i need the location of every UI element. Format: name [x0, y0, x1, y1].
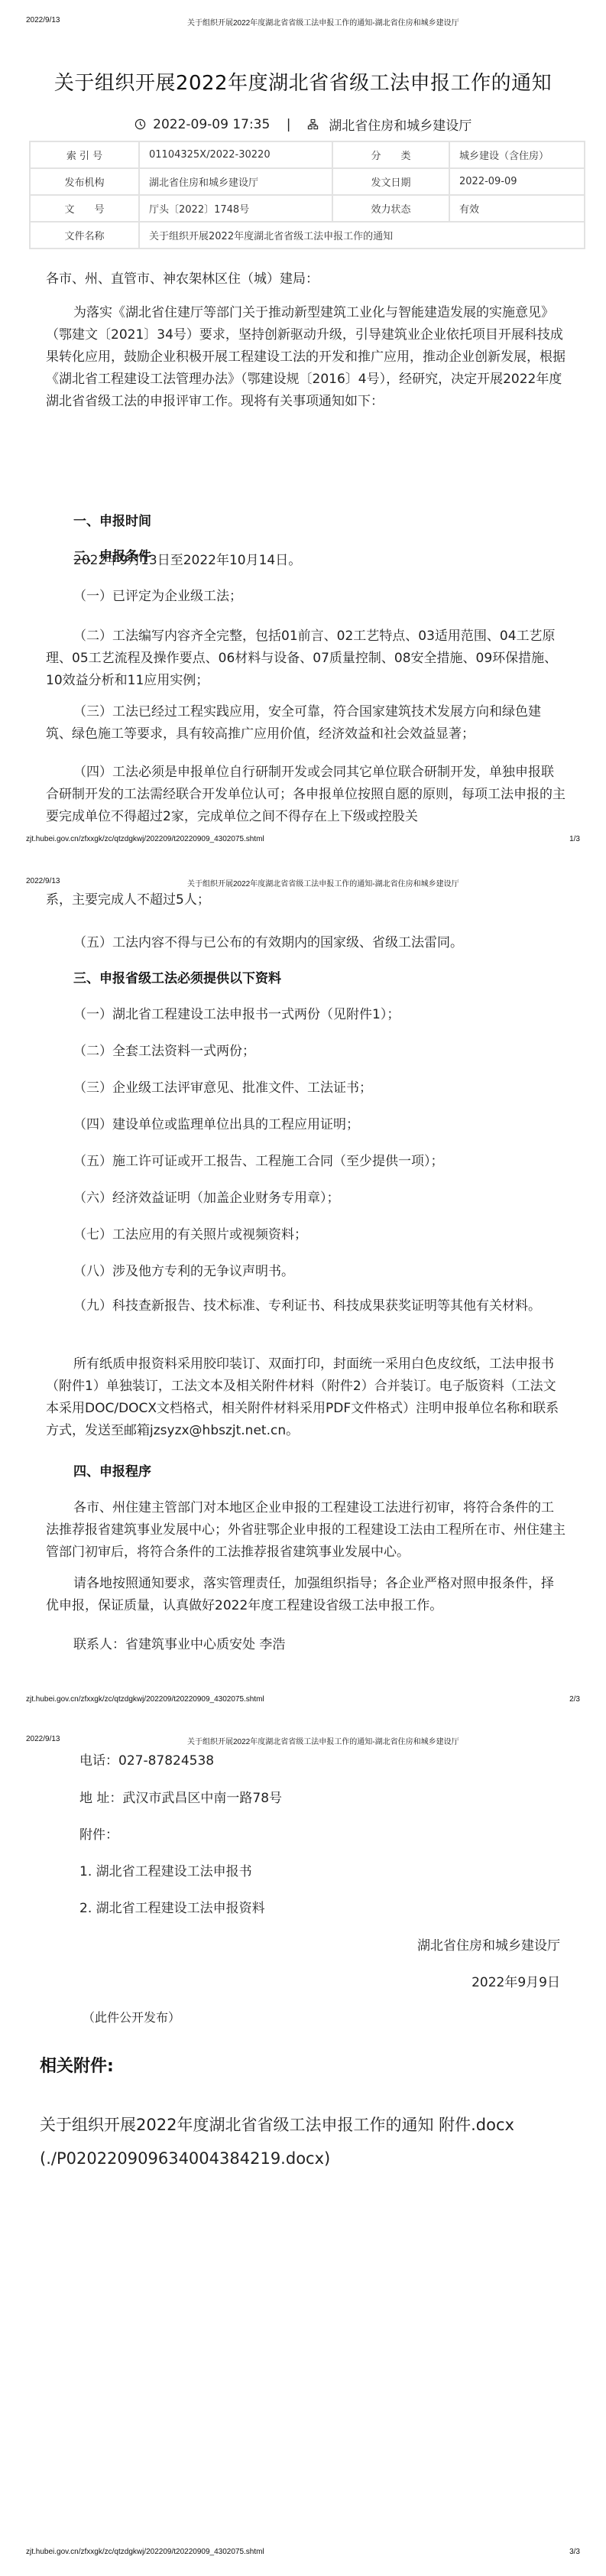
section-heading-conditions: 二、申报条件 [73, 545, 151, 564]
table-row: 索 引 号 01104325X/2022-30220 分 类 城乡建设（含住房） [30, 141, 585, 168]
publish-datetime: 2022-09-09 17:35 [153, 117, 270, 132]
print-header-date: 2022/9/13 [26, 877, 60, 885]
related-attachments-heading: 相关附件: [40, 2053, 114, 2077]
section-heading-materials: 三、申报省级工法必须提供以下资料 [73, 967, 281, 986]
material-item: （四）建设单位或监理单位出具的工程应用证明； [73, 1113, 359, 1132]
contact-person: 联系人：省建筑事业中心质安处 李浩 [73, 1633, 285, 1652]
material-item: （六）经济效益证明（加盖企业财务专用章）； [73, 1187, 340, 1206]
print-footer-url: zjt.hubei.gov.cn/zfxxgk/zc/qtzdgkwj/2022… [26, 2548, 264, 2556]
public-note: （此件公开发布） [83, 2008, 180, 2025]
signature-org: 湖北省住房和城乡建设厅 [417, 1934, 560, 1954]
condition-item-continued: 系，主要完成人不超过5人； [46, 889, 210, 911]
condition-item: （五）工法内容不得与已公布的有效期内的国家级、省级工法雷同。 [73, 931, 463, 950]
print-footer-page: 2/3 [569, 1695, 580, 1704]
doc-number-value: 厅头〔2022〕1748号 [139, 195, 332, 222]
contact-phone: 电话：027-87824538 [79, 1749, 214, 1769]
issuer-value: 湖北省住房和城乡建设厅 [139, 168, 332, 195]
attachments-label: 附件： [79, 1824, 118, 1843]
issue-date-label: 发文日期 [332, 168, 449, 195]
contact-address: 地 址：武汉市武昌区中南一路78号 [79, 1787, 282, 1806]
status-value: 有效 [449, 195, 585, 222]
attachment-item: 2. 湖北省工程建设工法申报资料 [79, 1897, 265, 1916]
issuer-label: 发布机构 [30, 168, 139, 195]
info-table: 索 引 号 01104325X/2022-30220 分 类 城乡建设（含住房）… [29, 141, 585, 249]
table-row: 发布机构 湖北省住房和城乡建设厅 发文日期 2022-09-09 [30, 168, 585, 195]
print-header-title: 关于组织开展2022年度湖北省省级工法申报工作的通知-湖北省住房和城乡建设厅 [187, 877, 459, 888]
section-heading-time: 一、申报时间 [73, 510, 151, 529]
material-item: （一）湖北省工程建设工法申报书一式两份（见附件1）； [73, 1003, 400, 1022]
doc-number-label: 文 号 [30, 195, 139, 222]
index-value: 01104325X/2022-30220 [139, 141, 332, 168]
print-header-title: 关于组织开展2022年度湖北省省级工法申报工作的通知-湖北省住房和城乡建设厅 [187, 16, 459, 28]
attachment-download-link[interactable]: 关于组织开展2022年度湖北省省级工法申报工作的通知 附件.docx (./P0… [40, 2108, 575, 2175]
print-footer-url: zjt.hubei.gov.cn/zfxxgk/zc/qtzdgkwj/2022… [26, 1695, 264, 1704]
signature-date: 2022年9月9日 [472, 1971, 560, 1990]
condition-item: （四）工法必须是申报单位自行研制开发或会同其它单位联合研制开发，单独申报联合研制… [46, 762, 565, 828]
print-footer-page: 3/3 [569, 2548, 580, 2556]
issue-date-value: 2022-09-09 [449, 168, 585, 195]
material-item: （五）施工许可证或开工报告、工程施工合同（至少提供一项）； [73, 1150, 444, 1169]
publisher: 湖北省住房和城乡建设厅 [329, 115, 472, 134]
print-footer-page: 1/3 [569, 835, 580, 843]
table-row: 文 号 厅头〔2022〕1748号 效力状态 有效 [30, 195, 585, 222]
category-label: 分 类 [332, 141, 449, 168]
closing-paragraph: 请各地按照通知要求，落实管理责任，加强组织指导；各企业严格对照申报条件，择优申报… [46, 1573, 565, 1617]
article-meta: 2022-09-09 17:35 | 湖北省住房和城乡建设厅 [0, 115, 606, 134]
salutation: 各市、州、直管市、神农架林区住（城）建局： [46, 268, 565, 291]
attachment-item: 1. 湖北省工程建设工法申报书 [79, 1860, 252, 1879]
procedure-text: 各市、州住建主管部门对本地区企业申报的工程建设工法进行初审，将符合条件的工法推荐… [46, 1497, 565, 1564]
print-header-date: 2022/9/13 [26, 1735, 60, 1743]
materials-note: 所有纸质申报资料采用胶印装订、双面打印，封面统一采用白色皮纹纸，工法申报书（附件… [46, 1353, 565, 1442]
clock-icon [134, 117, 146, 132]
material-item: （七）工法应用的有关照片或视频资料； [73, 1223, 307, 1243]
category-value: 城乡建设（含住房） [449, 141, 585, 168]
file-name-label: 文件名称 [30, 222, 139, 249]
condition-item: （二）工法编写内容齐全完整，包括01前言、02工艺特点、03适用范围、04工艺原… [46, 625, 565, 692]
print-header-title: 关于组织开展2022年度湖北省省级工法申报工作的通知-湖北省住房和城乡建设厅 [187, 1735, 459, 1746]
condition-item: （三）工法已经过工程实践应用，安全可靠，符合国家建筑技术发展方向和绿色建筑、绿色… [46, 701, 565, 746]
file-name-value: 关于组织开展2022年度湖北省省级工法申报工作的通知 [139, 222, 585, 249]
print-header-date: 2022/9/13 [26, 16, 60, 24]
material-item: （八）涉及他方专利的无争议声明书。 [73, 1260, 294, 1279]
print-footer-url: zjt.hubei.gov.cn/zfxxgk/zc/qtzdgkwj/2022… [26, 835, 264, 843]
status-label: 效力状态 [332, 195, 449, 222]
condition-item: （一）已评定为企业级工法； [73, 585, 242, 604]
meta-separator: | [287, 117, 291, 132]
org-chart-icon [307, 117, 319, 132]
material-item: （二）全套工法资料一式两份； [73, 1040, 255, 1059]
intro-paragraph: 为落实《湖北省住建厅等部门关于推动新型建筑工业化与智能建造发展的实施意见》（鄂建… [46, 302, 565, 413]
table-row: 文件名称 关于组织开展2022年度湖北省省级工法申报工作的通知 [30, 222, 585, 249]
section-heading-procedure: 四、申报程序 [73, 1460, 151, 1480]
material-item: （三）企业级工法评审意见、批准文件、工法证书； [73, 1077, 372, 1096]
material-item: （九）科技查新报告、技术标准、专利证书、科技成果获奖证明等其他有关材料。 [46, 1295, 565, 1317]
page-title: 关于组织开展2022年度湖北省省级工法申报工作的通知 [0, 67, 606, 96]
index-label: 索 引 号 [30, 141, 139, 168]
